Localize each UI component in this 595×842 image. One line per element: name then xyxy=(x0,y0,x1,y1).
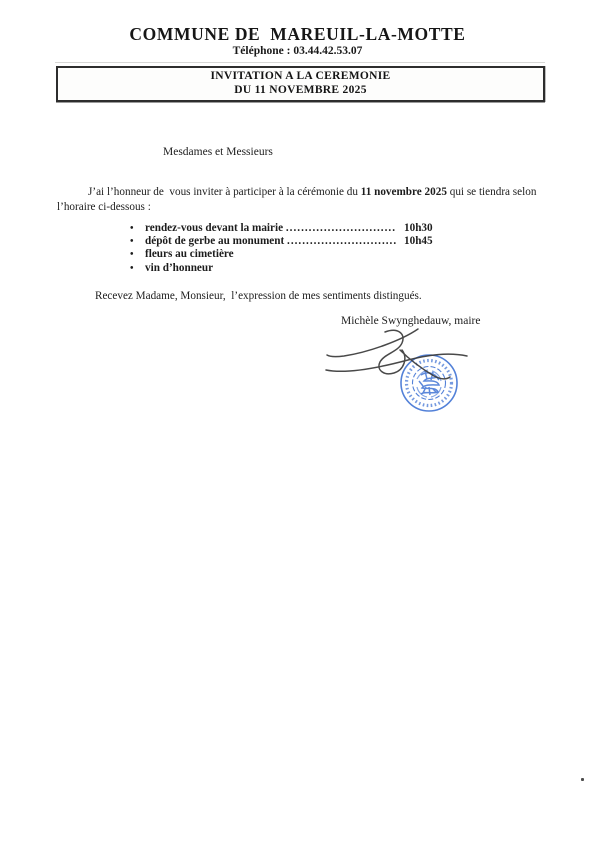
list-item: •fleurs au cimetière xyxy=(130,248,450,261)
time-value: 10h45 xyxy=(396,235,450,248)
bullet-icon: • xyxy=(130,235,145,248)
dot-leader: ........................................… xyxy=(287,235,396,248)
closing-sentence: Recevez Madame, Monsieur, l’expression d… xyxy=(95,290,422,302)
dot-leader: ........................................… xyxy=(286,222,396,235)
scan-speck xyxy=(581,778,584,781)
bullet-icon: • xyxy=(130,262,145,275)
schedule-list: •rendez-vous devant la mairie ..........… xyxy=(130,222,450,275)
time-value: 10h30 xyxy=(396,222,450,235)
phone-line: Téléphone : 03.44.42.53.07 xyxy=(0,45,595,57)
commune-title: COMMUNE DE MAREUIL-LA-MOTTE xyxy=(0,24,595,45)
list-item: •dépôt de gerbe au monument ............… xyxy=(130,235,450,248)
list-item: •rendez-vous devant la mairie ..........… xyxy=(130,222,450,235)
date-emphasis: 11 novembre 2025 xyxy=(361,186,447,198)
banner-line-1: INVITATION A LA CEREMONIE xyxy=(58,70,543,84)
invitation-banner: INVITATION A LA CEREMONIE DU 11 NOVEMBRE… xyxy=(56,66,545,102)
banner-line-2: DU 11 NOVEMBRE 2025 xyxy=(58,84,543,98)
bullet-icon: • xyxy=(130,222,145,235)
letter-page: COMMUNE DE MAREUIL-LA-MOTTE Téléphone : … xyxy=(0,0,595,842)
list-item: •vin d’honneur xyxy=(130,262,450,275)
bullet-icon: • xyxy=(130,248,145,261)
salutation: Mesdames et Messieurs xyxy=(163,146,273,158)
signature-scribble xyxy=(322,326,472,398)
intro-paragraph: J’ai l’honneur de vous inviter à partici… xyxy=(57,185,540,214)
scan-artifact-line xyxy=(55,62,545,63)
